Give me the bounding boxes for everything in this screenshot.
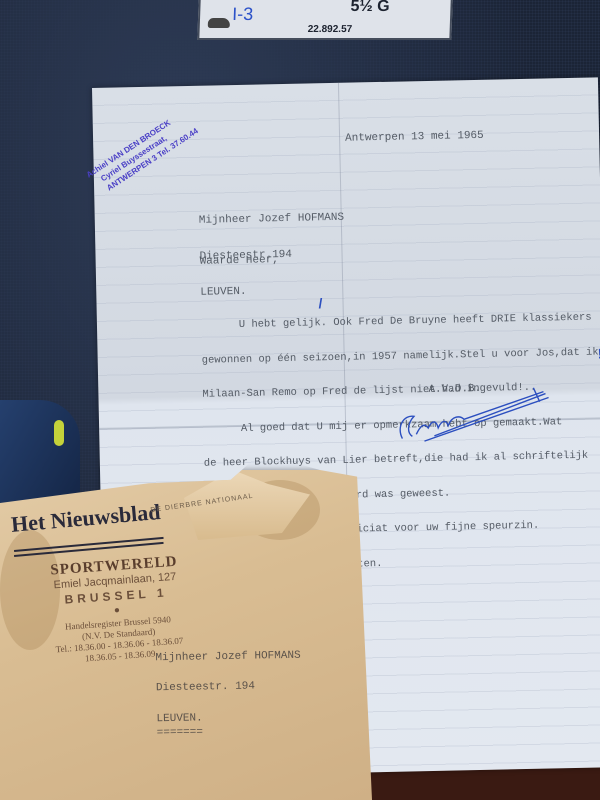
recipient-line: Mijnheer Jozef HOFMANS: [155, 641, 301, 674]
handwritten-box-label: I-3: [232, 4, 254, 25]
yellow-object: [54, 420, 64, 446]
shoe-box: I-3 5½ G 22.892.57: [197, 0, 452, 40]
shoe-icon: [208, 18, 230, 28]
envelope-recipient: Mijnheer Jozef HOFMANSDiesteestr. 194LEU…: [155, 641, 302, 740]
ink-mark: /: [318, 295, 322, 311]
signature: [393, 383, 554, 446]
underline: =======: [157, 725, 302, 740]
jeans-knee: [0, 400, 80, 510]
box-price: 22.892.57: [307, 24, 352, 35]
recipient-line: Mijnheer Jozef HOFMANS: [199, 212, 344, 227]
envelope: Het Nieuwsblad DE DIERBRE NATIONAAL SPOR…: [0, 470, 372, 800]
body-line: U hebt gelijk. Ook Fred De Bruyne heeft …: [201, 312, 598, 332]
salutation: Waarde Heer,: [200, 254, 279, 268]
body-line: de heer Blockhuys van Lier betreft,die h…: [204, 450, 600, 470]
recipient-line: Diesteestr. 194: [156, 671, 302, 704]
shoe-size-label: 5½ G: [350, 0, 390, 16]
newspaper-masthead: Het Nieuwsblad: [10, 499, 161, 538]
body-line: gewonnen op één seizoen,in 1957 namelijk…: [202, 347, 599, 367]
